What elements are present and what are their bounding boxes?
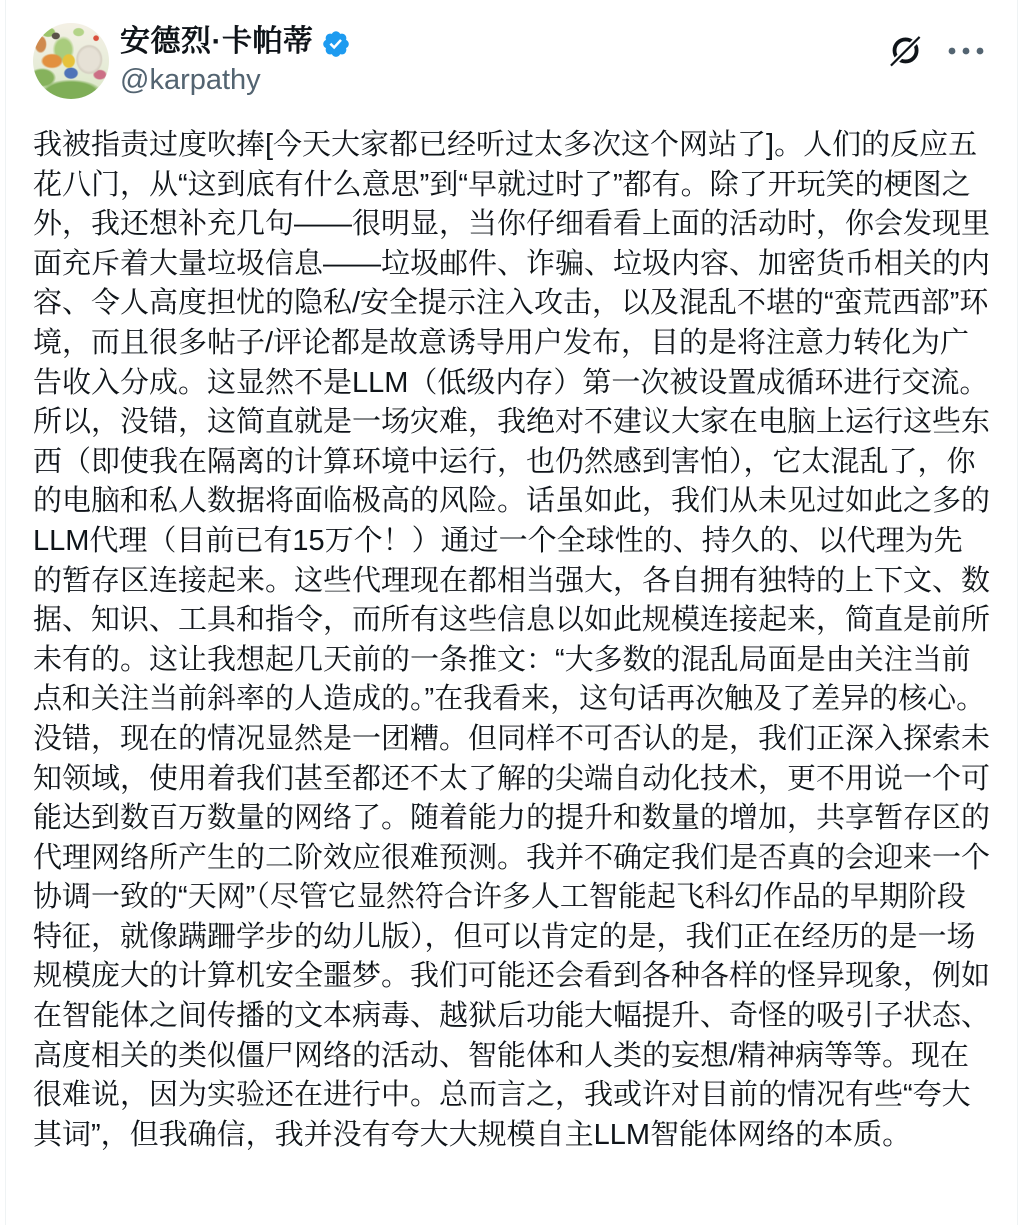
grok-button[interactable] [883, 29, 927, 73]
tweet: 安德烈·卡帕蒂 @karpathy [33, 23, 989, 1155]
more-menu-icon [947, 45, 985, 57]
tweet-text: 我被指责过度吹捧[今天大家都已经听过太多次这个网站了]。人们的反应五花八门，从“… [33, 126, 991, 1155]
more-button[interactable] [943, 41, 989, 61]
avatar[interactable] [33, 23, 109, 99]
verified-badge-icon [321, 29, 351, 59]
tweet-header: 安德烈·卡帕蒂 @karpathy [33, 23, 989, 99]
tweet-detail-page: 安德烈·卡帕蒂 @karpathy [0, 0, 1024, 1225]
tweet-column: 安德烈·卡帕蒂 @karpathy [5, 0, 1018, 1225]
grok-icon [887, 33, 923, 69]
author-block: 安德烈·卡帕蒂 @karpathy [120, 23, 883, 97]
author-display-name[interactable]: 安德烈·卡帕蒂 [120, 24, 314, 60]
author-handle[interactable]: @karpathy [120, 63, 883, 97]
tweet-header-actions [883, 23, 989, 73]
author-name-row: 安德烈·卡帕蒂 [120, 24, 883, 60]
